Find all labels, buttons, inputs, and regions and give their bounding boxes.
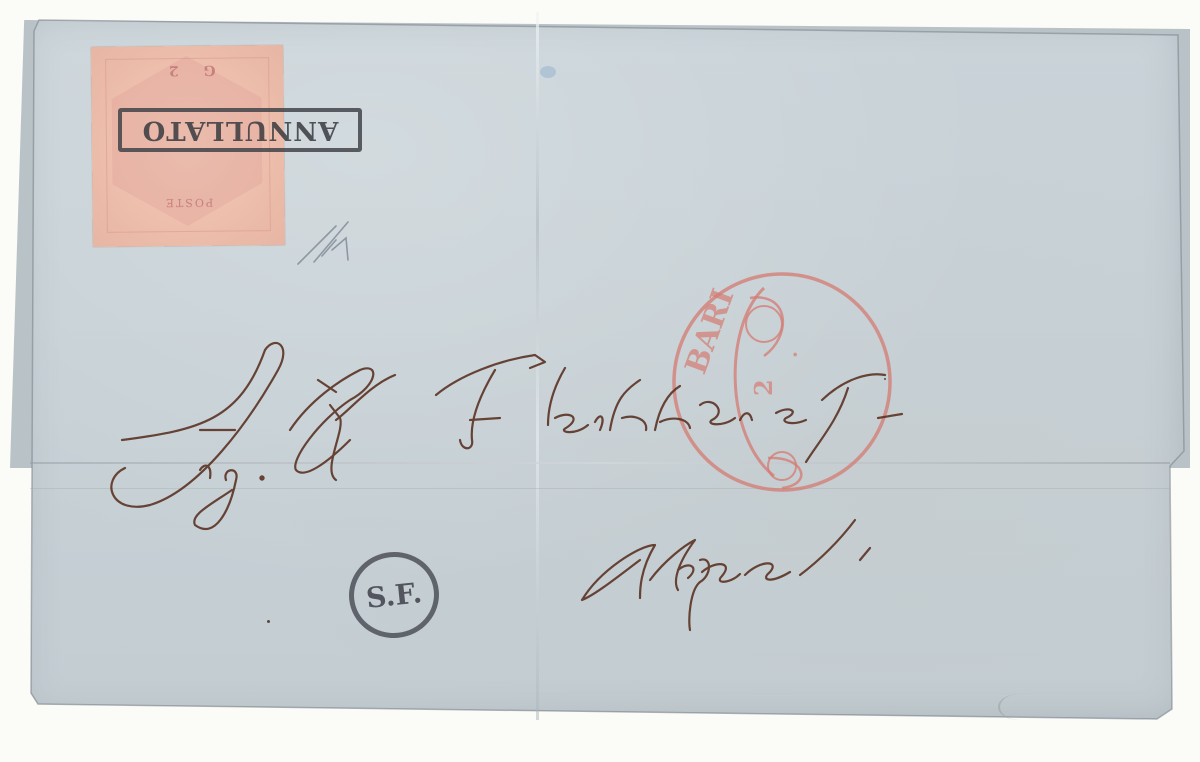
cds-day: 2 — [749, 379, 778, 396]
postal-cover-scan: POSTE G 2 ANNULLATO BARI 2 · BARI — [0, 0, 1200, 762]
horizontal-fold-line-secondary — [30, 488, 1170, 489]
pencil-mark — [292, 212, 362, 272]
annullato-boxed-cancel: ANNULLATO — [118, 108, 362, 152]
ink-speck — [884, 378, 886, 380]
stamp-inscription-top: POSTE — [93, 195, 285, 210]
svg-text:·: · — [783, 351, 807, 358]
vertical-crease — [536, 12, 539, 720]
circular-datestamp: BARI 2 · — [664, 266, 896, 498]
ink-spot — [540, 66, 556, 78]
embossed-seal — [998, 694, 1040, 720]
horizontal-fold-line — [30, 462, 1170, 464]
sf-text: S.F. — [365, 576, 424, 615]
annullato-text: ANNULLATO — [142, 115, 339, 145]
pencil-note-text: 4/1 — [0, 0, 2, 1]
ink-speck — [267, 620, 270, 623]
stamp-value: G 2 — [91, 61, 283, 79]
